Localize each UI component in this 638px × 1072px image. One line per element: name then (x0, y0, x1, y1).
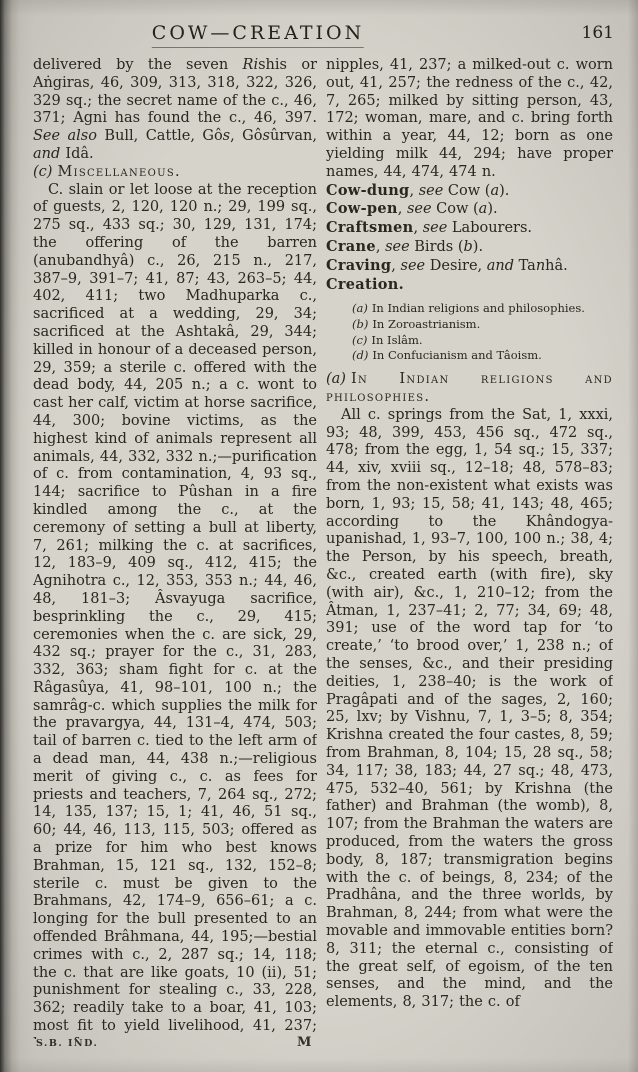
press-mark: M (297, 1035, 311, 1050)
subdivision-label: (b) (352, 317, 368, 331)
subdivision-label: (a) (352, 301, 368, 315)
subdivision-text: In Zoroastrianism. (372, 317, 480, 331)
subdivision-text: In Confucianism and Tâoism. (372, 348, 541, 362)
subheading-label: (c) (33, 164, 52, 180)
index-entry-craving: Craving, see Desire, and Tanhâ. (326, 257, 613, 276)
index-paragraph-cow-continuation: delivered by the seven Rishis or Aṅgiras… (33, 57, 317, 164)
right-column: nipples, 41, 237; a milked-out c. worn o… (326, 57, 613, 1039)
subdivision-label: (d) (352, 348, 368, 362)
index-entry-craftsmen: Craftsmen, see Labourers. (326, 219, 613, 238)
index-paragraph-miscellaneous: C. slain or let loose at the reception o… (33, 182, 317, 1039)
index-entry-cow-pen: Cow-pen, see Cow (a). (326, 200, 613, 219)
section-heading-text: In Indian religions and philosophies. (326, 371, 613, 405)
section-heading-indian-religions: (a)In Indian religions and philosophies. (326, 371, 613, 407)
page-footer: S.B. IND. M (0, 1032, 638, 1062)
book-page: COW—CREATION 161 delivered by the seven … (0, 0, 638, 1072)
left-column: delivered by the seven Rishis or Aṅgiras… (33, 57, 317, 1039)
subdivision-item: (c)In Islâm. (352, 333, 613, 349)
section-heading-label: (a) (326, 371, 346, 387)
index-paragraph-cow-continuation-2: nipples, 41, 237; a milked-out c. worn o… (326, 57, 613, 182)
index-entry-crane: Crane, see Birds (b). (326, 238, 613, 257)
subdivision-label: (c) (352, 333, 367, 347)
subdivision-text: In Indian religions and philosophies. (372, 301, 585, 315)
index-entry-cow-dung: Cow-dung, see Cow (a). (326, 182, 613, 201)
running-head: COW—CREATION 161 (0, 22, 638, 52)
creation-subdivision-list: (a)In Indian religions and philosophies.… (352, 301, 613, 364)
text-columns: delivered by the seven Rishis or Aṅgiras… (33, 57, 613, 1039)
subdivision-item: (d)In Confucianism and Tâoism. (352, 348, 613, 364)
subheading-miscellaneous: (c)Miscellaneous. (33, 164, 317, 182)
subdivision-item: (a)In Indian religions and philosophies. (352, 301, 613, 317)
page-title: COW—CREATION (152, 22, 364, 48)
printers-signature: S.B. IND. (36, 1038, 98, 1049)
index-entries: Cow-dung, see Cow (a). Cow-pen, see Cow … (326, 182, 613, 295)
index-paragraph-creation: All c. springs from the Sat, 1, xxxi, 93… (326, 407, 613, 1012)
subdivision-text: In Islâm. (371, 333, 422, 347)
subheading-text: Miscellaneous. (57, 164, 180, 180)
index-entry-creation: Creation. (326, 276, 613, 295)
subdivision-item: (b)In Zoroastrianism. (352, 317, 613, 333)
page-number: 161 (582, 23, 614, 43)
